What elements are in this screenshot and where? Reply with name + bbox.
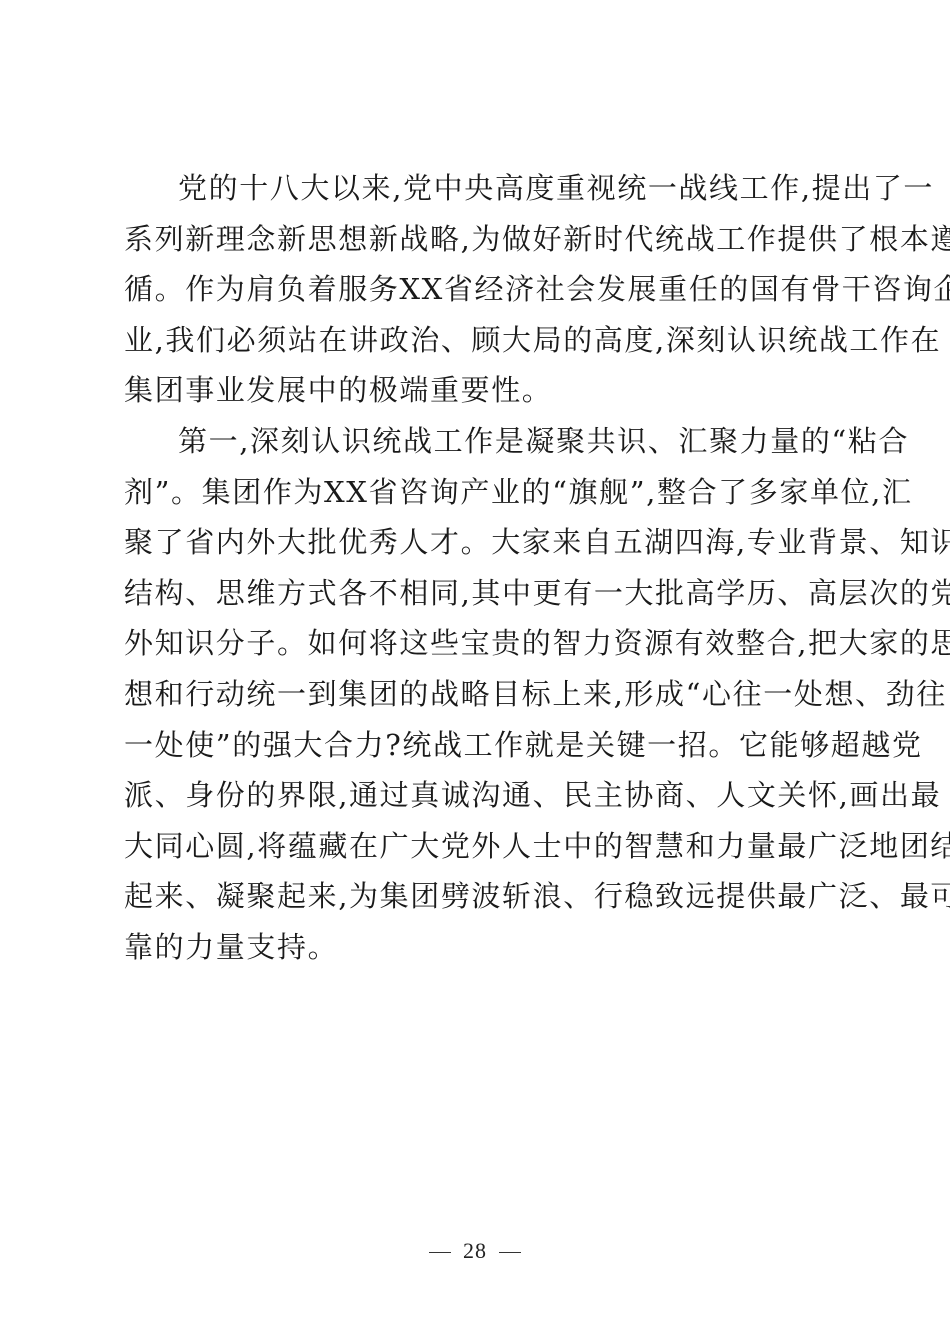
- text-line: 剂”。集团作为XX省咨询产业的“旗舰”,整合了多家单位,汇: [124, 467, 836, 518]
- text-line: 派、身份的界限,通过真诚沟通、民主协商、人文关怀,画出最: [124, 770, 836, 821]
- text-line: 集团事业发展中的极端重要性。: [124, 365, 836, 416]
- text-line: 业,我们必须站在讲政治、顾大局的高度,深刻认识统战工作在: [124, 315, 836, 366]
- text-line: 党的十八大以来,党中央高度重视统一战线工作,提出了一: [124, 163, 836, 214]
- page-number-value: 28: [463, 1238, 487, 1263]
- dash-left: [429, 1252, 451, 1253]
- text-line: 大同心圆,将蕴藏在广大党外人士中的智慧和力量最广泛地团结: [124, 821, 836, 872]
- text-line: 一处使”的强大合力?统战工作就是关键一招。它能够超越党: [124, 720, 836, 771]
- text-line: 系列新理念新思想新战略,为做好新时代统战工作提供了根本遵: [124, 214, 836, 265]
- dash-right: [499, 1252, 521, 1253]
- text-line: 靠的力量支持。: [124, 922, 836, 973]
- text-line: 聚了省内外大批优秀人才。大家来自五湖四海,专业背景、知识: [124, 517, 836, 568]
- text-line: 第一,深刻认识统战工作是凝聚共识、汇聚力量的“粘合: [124, 416, 836, 467]
- text-line: 结构、思维方式各不相同,其中更有一大批高学历、高层次的党: [124, 568, 836, 619]
- page-number: 28: [0, 1238, 950, 1264]
- text-line: 外知识分子。如何将这些宝贵的智力资源有效整合,把大家的思: [124, 618, 836, 669]
- text-line: 想和行动统一到集团的战略目标上来,形成“心往一处想、劲往: [124, 669, 836, 720]
- text-line: 起来、凝聚起来,为集团劈波斩浪、行稳致远提供最广泛、最可: [124, 871, 836, 922]
- text-line: 循。作为肩负着服务XX省经济社会发展重任的国有骨干咨询企: [124, 264, 836, 315]
- paragraph-first-point: 第一,深刻认识统战工作是凝聚共识、汇聚力量的“粘合 剂”。集团作为XX省咨询产业…: [124, 416, 836, 973]
- paragraph-intro: 党的十八大以来,党中央高度重视统一战线工作,提出了一 系列新理念新思想新战略,为…: [124, 163, 836, 416]
- document-page: 党的十八大以来,党中央高度重视统一战线工作,提出了一 系列新理念新思想新战略,为…: [0, 0, 950, 1344]
- document-body: 党的十八大以来,党中央高度重视统一战线工作,提出了一 系列新理念新思想新战略,为…: [124, 163, 836, 973]
